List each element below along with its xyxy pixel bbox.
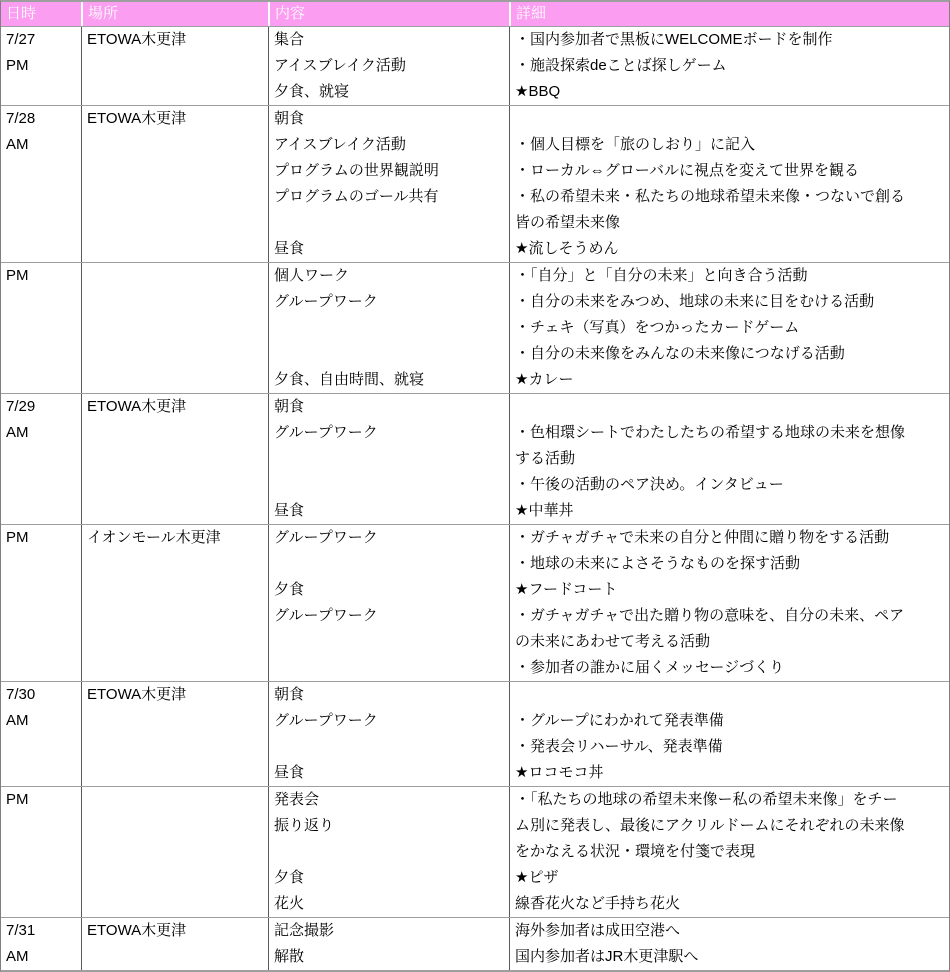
text-line: ★BBQ [510,79,949,105]
text-line: ・グループにわかれて発表準備 [510,708,949,734]
text-line: ETOWA木更津 [82,682,268,708]
text-line: 海外参加者は成田空港へ [510,918,949,944]
text-line: ・私の希望未来・私たちの地球希望未来像・つないで創る [510,184,949,210]
header-date: 日時 [1,2,81,26]
text-line: グループワーク [269,289,509,315]
text-line: 朝食 [269,682,509,708]
content-cell: 朝食アイスブレイク活動プログラムの世界観説明プログラムのゴール共有昼食 [268,106,509,262]
text-line: ・個人目標を「旅のしおり」に記入 [510,132,949,158]
place-cell [81,263,268,393]
text-line: 発表会 [269,787,509,813]
text-line: PM [1,525,81,551]
date-cell: 7/31AM [1,918,81,970]
place-cell: ETOWA木更津 [81,27,268,105]
text-line: ・ローカル⇔グローバルに視点を変えて世界を観る [510,158,949,184]
text-line: 夕食 [269,577,509,603]
text-line: 夕食 [269,865,509,891]
text-line: 7/27 [1,27,81,53]
place-cell: ETOWA木更津 [81,918,268,970]
date-cell: PM [1,525,81,681]
text-line: の未来にあわせて考える活動 [510,629,949,655]
table-row: 7/28AMETOWA木更津朝食アイスブレイク活動プログラムの世界観説明プログラ… [1,105,949,262]
text-line: 朝食 [269,106,509,132]
text-line: イオンモール木更津 [82,525,268,551]
detail-cell: ・色相環シートでわたしたちの希望する地球の未来を想像する活動・午後の活動のペア決… [509,394,949,524]
header-content: 内容 [268,2,509,26]
content-cell: 発表会振り返り夕食花火 [268,787,509,917]
text-line: 解散 [269,944,509,970]
text-line [269,315,509,341]
text-line: ETOWA木更津 [82,27,268,53]
date-cell: 7/28AM [1,106,81,262]
text-line: グループワーク [269,708,509,734]
text-line [269,839,509,865]
text-line: ム別に発表し、最後にアクリルドームにそれぞれの未来像 [510,813,949,839]
content-cell: 朝食グループワーク昼食 [268,682,509,786]
text-line: 7/30 [1,682,81,708]
text-line: 個人ワーク [269,263,509,289]
text-line: AM [1,420,81,446]
content-cell: グループワーク夕食グループワーク [268,525,509,681]
text-line: アイスブレイク活動 [269,53,509,79]
detail-cell: ・個人目標を「旅のしおり」に記入・ローカル⇔グローバルに視点を変えて世界を観る・… [509,106,949,262]
place-cell: ETOWA木更津 [81,682,268,786]
text-line: ・発表会リハーサル、発表準備 [510,734,949,760]
text-line [510,682,949,708]
text-line: ETOWA木更津 [82,106,268,132]
text-line: PM [1,263,81,289]
date-cell: PM [1,787,81,917]
table-row: PM個人ワークグループワーク夕食、自由時間、就寝・「自分」と「自分の未来」と向き… [1,262,949,393]
text-line: 記念撮影 [269,918,509,944]
table-row: PMイオンモール木更津グループワーク夕食グループワーク・ガチャガチャで未来の自分… [1,524,949,681]
text-line: 昼食 [269,760,509,786]
detail-cell: ・グループにわかれて発表準備・発表会リハーサル、発表準備★ロコモコ丼 [509,682,949,786]
date-cell: 7/30AM [1,682,81,786]
content-cell: 集合アイスブレイク活動夕食、就寝 [268,27,509,105]
text-line: 7/28 [1,106,81,132]
table-row: 7/27PMETOWA木更津集合アイスブレイク活動夕食、就寝・国内参加者で黒板に… [1,27,949,105]
text-line: ★ロコモコ丼 [510,760,949,786]
text-line [510,106,949,132]
table-row: PM発表会振り返り夕食花火・「私たちの地球の希望未来像ー私の希望未来像」をチーム… [1,786,949,917]
detail-cell: ・ガチャガチャで未来の自分と仲間に贈り物をする活動・地球の未来によさそうなものを… [509,525,949,681]
text-line: する活動 [510,446,949,472]
text-line [269,551,509,577]
table-row: 7/29AMETOWA木更津朝食グループワーク昼食・色相環シートでわたしたちの希… [1,393,949,524]
text-line: ・「自分」と「自分の未来」と向き合う活動 [510,263,949,289]
text-line: ・国内参加者で黒板にWELCOMEボードを制作 [510,27,949,53]
text-line: ・地球の未来によさそうなものを探す活動 [510,551,949,577]
text-line: 夕食、自由時間、就寝 [269,367,509,393]
date-cell: PM [1,263,81,393]
text-line: 花火 [269,891,509,917]
table-body: 7/27PMETOWA木更津集合アイスブレイク活動夕食、就寝・国内参加者で黒板に… [1,27,949,970]
detail-cell: 海外参加者は成田空港へ国内参加者はJR木更津駅へ [509,918,949,970]
text-line: ・自分の未来をみつめ、地球の未来に目をむける活動 [510,289,949,315]
text-line [269,472,509,498]
text-line: グループワーク [269,525,509,551]
text-line: AM [1,708,81,734]
text-line: 集合 [269,27,509,53]
text-line: PM [1,787,81,813]
text-line: ・チェキ（写真）をつかったカードゲーム [510,315,949,341]
text-line [269,341,509,367]
text-line: AM [1,132,81,158]
text-line: ・ガチャガチャで未来の自分と仲間に贈り物をする活動 [510,525,949,551]
table-row: 7/31AMETOWA木更津記念撮影解散海外参加者は成田空港へ国内参加者はJR木… [1,917,949,970]
text-line: 国内参加者はJR木更津駅へ [510,944,949,970]
text-line: プログラムのゴール共有 [269,184,509,210]
date-cell: 7/27PM [1,27,81,105]
text-line: PM [1,53,81,79]
text-line: ★中華丼 [510,498,949,524]
text-line: ・ガチャガチャで出た贈り物の意味を、自分の未来、ペア [510,603,949,629]
text-line: ・施設探索deことば探しゲーム [510,53,949,79]
text-line [510,394,949,420]
table-header: 日時 場所 内容 詳細 [1,2,949,27]
text-line: をかなえる状況・環境を付箋で表現 [510,839,949,865]
header-detail: 詳細 [509,2,949,26]
text-line: AM [1,944,81,970]
text-line: 昼食 [269,236,509,262]
text-line: ★カレー [510,367,949,393]
text-line: ・自分の未来像をみんなの未来像につなげる活動 [510,341,949,367]
detail-cell: ・国内参加者で黒板にWELCOMEボードを制作・施設探索deことば探しゲーム★B… [509,27,949,105]
text-line: 朝食 [269,394,509,420]
text-line: 振り返り [269,813,509,839]
text-line: グループワーク [269,420,509,446]
text-line: 皆の希望未来像 [510,210,949,236]
content-cell: 記念撮影解散 [268,918,509,970]
header-place: 場所 [81,2,268,26]
detail-cell: ・「自分」と「自分の未来」と向き合う活動・自分の未来をみつめ、地球の未来に目をむ… [509,263,949,393]
text-line: ★フードコート [510,577,949,603]
content-cell: 個人ワークグループワーク夕食、自由時間、就寝 [268,263,509,393]
text-line: 夕食、就寝 [269,79,509,105]
text-line [269,446,509,472]
place-cell: ETOWA木更津 [81,394,268,524]
text-line [269,210,509,236]
text-line: ・午後の活動のペア決め。インタビュー [510,472,949,498]
place-cell: イオンモール木更津 [81,525,268,681]
text-line: 線香花火など手持ち花火 [510,891,949,917]
schedule-table: 日時 場所 内容 詳細 7/27PMETOWA木更津集合アイスブレイク活動夕食、… [0,0,950,972]
place-cell [81,787,268,917]
text-line: ・色相環シートでわたしたちの希望する地球の未来を想像 [510,420,949,446]
date-cell: 7/29AM [1,394,81,524]
text-line [269,734,509,760]
detail-cell: ・「私たちの地球の希望未来像ー私の希望未来像」をチーム別に発表し、最後にアクリル… [509,787,949,917]
text-line: ・「私たちの地球の希望未来像ー私の希望未来像」をチー [510,787,949,813]
text-line: ETOWA木更津 [82,394,268,420]
text-line: 7/29 [1,394,81,420]
text-line: ETOWA木更津 [82,918,268,944]
content-cell: 朝食グループワーク昼食 [268,394,509,524]
text-line: 昼食 [269,498,509,524]
text-line: ・参加者の誰かに届くメッセージづくり [510,655,949,681]
text-line: グループワーク [269,603,509,629]
text-line: ★流しそうめん [510,236,949,262]
place-cell: ETOWA木更津 [81,106,268,262]
text-line: ★ピザ [510,865,949,891]
text-line: 7/31 [1,918,81,944]
text-line: アイスブレイク活動 [269,132,509,158]
table-row: 7/30AMETOWA木更津朝食グループワーク昼食・グループにわかれて発表準備・… [1,681,949,786]
text-line: プログラムの世界観説明 [269,158,509,184]
